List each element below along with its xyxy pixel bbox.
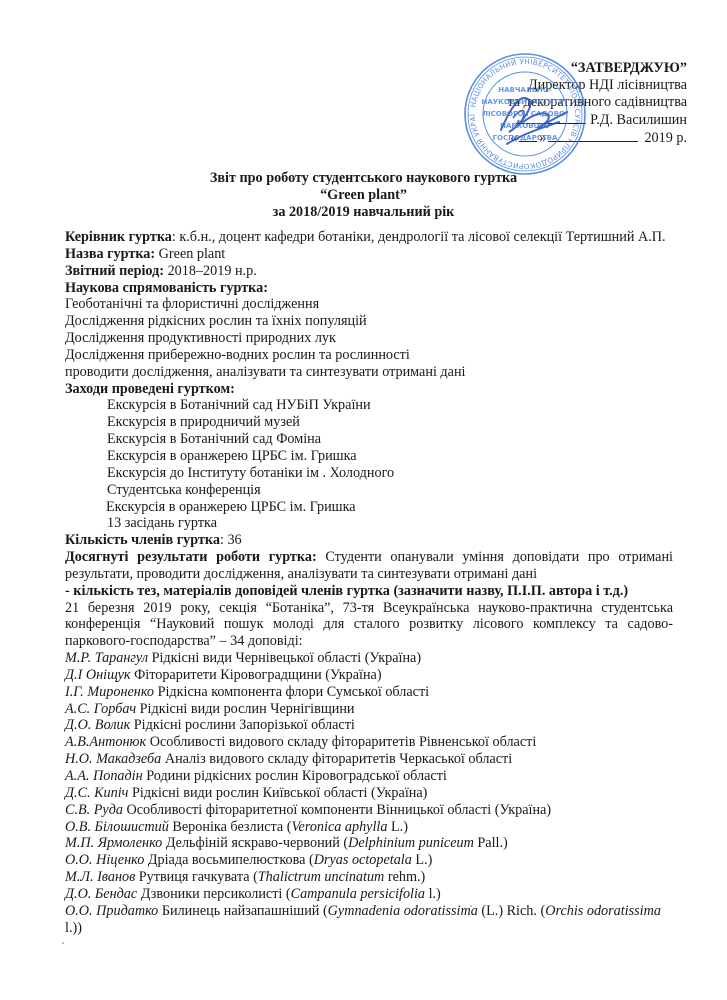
report-title: Рідкісна компонента флори Сумської облас… xyxy=(154,684,429,700)
scan-speck xyxy=(62,942,64,944)
date-quote-close: » xyxy=(539,130,546,146)
report-title: Дріада восьмипелюсткова ( xyxy=(144,852,313,868)
report-title: Особливості видового складу фітораритеті… xyxy=(146,734,536,750)
members-label: Кількість членів гуртка xyxy=(65,532,220,548)
report-item: О.В. Білошистий Вероніка безлиста (Veron… xyxy=(65,819,673,836)
period-label: Звітний період: xyxy=(65,263,164,279)
report-title: Звіт про роботу студентського наукового … xyxy=(0,170,727,221)
period-value: 2018–2019 н.р. xyxy=(164,263,257,279)
members-value: : 36 xyxy=(220,532,242,548)
report-author: Д.О. Волик xyxy=(65,717,130,733)
report-item: А.А. Попадін Родини рідкісних рослин Кір… xyxy=(65,768,673,785)
event-item: 13 засідань гуртка xyxy=(65,515,673,532)
report-latin-name: Gymnadenia odoratissima xyxy=(328,903,478,919)
report-title: Рідкісні види рослин Чернігівщини xyxy=(136,701,354,717)
report-author: Д.О. Бендас xyxy=(65,886,137,902)
day-line xyxy=(519,129,537,142)
report-item: М.Р. Тарангул Рідкісні види Чернівецької… xyxy=(65,650,673,667)
period-row: Звітний період: 2018–2019 н.р. xyxy=(65,263,673,280)
report-title: Особливості фітораритетної компоненти Ві… xyxy=(123,802,551,818)
report-title: Фітораритети Кіровоградщини (Україна) xyxy=(131,667,382,683)
event-item: Екскурсія до Інституту ботаніки ім . Хол… xyxy=(65,465,673,482)
report-title-tail: Pall.) xyxy=(474,835,508,851)
report-item: О.О. Придатко Билинець найзапашніший (Gy… xyxy=(65,903,673,920)
report-item: С.В. Руда Особливості фітораритетної ком… xyxy=(65,802,673,819)
name-value: Green plant xyxy=(155,246,225,262)
report-title-tail: l.) xyxy=(425,886,441,902)
report-item: Д.О. Волик Рідкісні рослини Запорізької … xyxy=(65,717,673,734)
report-item: А.В.Антонюк Особливості видового складу … xyxy=(65,734,673,751)
reports-list: М.Р. Тарангул Рідкісні види Чернівецької… xyxy=(65,650,673,936)
approval-position-2: та декоративного садівництва xyxy=(507,94,687,111)
direction-item: Дослідження прибережно-водних рослин та … xyxy=(65,347,673,364)
direction-item: Дослідження продуктивності природних лук xyxy=(65,330,673,347)
report-title: Рідкісні рослини Запорізької області xyxy=(130,717,355,733)
event-item: Екскурсія в Ботанічний сад НУБіП України xyxy=(65,397,673,414)
event-item: Екскурсія в Ботанічний сад Фоміна xyxy=(65,431,673,448)
title-line-1: Звіт про роботу студентського наукового … xyxy=(0,170,727,187)
report-item: Д.І Оніщук Фітораритети Кіровоградщини (… xyxy=(65,667,673,684)
report-latin-name: Thalictrum uncinatum xyxy=(258,869,385,885)
event-item: Екскурсія в природничий музей xyxy=(65,414,673,431)
report-title: Вероніка безлиста ( xyxy=(169,819,292,835)
report-title-tail: L.) xyxy=(412,852,433,868)
leader-row: Керівник гуртка: к.б.н., доцент кафедри … xyxy=(65,229,673,246)
name-row: Назва гуртка: Green plant xyxy=(65,246,673,263)
results-paragraph: Досягнуті результати роботи гуртка: Студ… xyxy=(65,549,673,583)
report-item: Н.О. Макадзеба Аналіз видового складу фі… xyxy=(65,751,673,768)
report-item: М.П. Ярмоленко Дельфіній яскраво-червони… xyxy=(65,835,673,852)
report-item: О.О. Ніценко Дріада восьмипелюсткова (Dr… xyxy=(65,852,673,869)
report-item-continuation: l.)) xyxy=(65,920,673,937)
theses-heading: - кількість тез, матеріалів доповідей чл… xyxy=(65,583,673,600)
report-author: Д.С. Кипіч xyxy=(65,785,128,801)
report-title: Билинець найзапашніший ( xyxy=(158,903,327,919)
report-title: Аналіз видового складу фітораритетів Чер… xyxy=(161,751,512,767)
name-label: Назва гуртка: xyxy=(65,246,155,262)
report-latin-synonym: Orchis odoratissima xyxy=(545,903,661,919)
report-title-tail: (L.) Rich. ( xyxy=(478,903,545,919)
report-title: Рідкісні види рослин Київської області (… xyxy=(128,785,427,801)
report-title: Дельфіній яскраво-червоний ( xyxy=(162,835,348,851)
report-item: І.Г. Мироненко Рідкісна компонента флори… xyxy=(65,684,673,701)
report-item: Д.С. Кипіч Рідкісні види рослин Київсько… xyxy=(65,785,673,802)
report-author: І.Г. Мироненко xyxy=(65,684,154,700)
direction-label: Наукова спрямованість гуртка: xyxy=(65,280,673,297)
report-body: Керівник гуртка: к.б.н., доцент кафедри … xyxy=(65,229,673,936)
report-latin-name: Campanula persicifolia xyxy=(291,886,425,902)
report-author: А.А. Попадін xyxy=(65,768,143,784)
approval-signatory: Р.Д. Василишин xyxy=(507,111,687,129)
direction-item: проводити дослідження, аналізувати та си… xyxy=(65,364,673,381)
report-author: А.С. Горбач xyxy=(65,701,136,717)
report-title-tail: L.) xyxy=(387,819,408,835)
report-title: Рідкісні види Чернівецької області (Укра… xyxy=(148,650,421,666)
signatory-name: Р.Д. Василишин xyxy=(590,112,687,128)
event-item: Студентська конференція xyxy=(65,482,673,499)
approval-heading: “ЗАТВЕРДЖУЮ” xyxy=(507,60,687,77)
report-author: М.Р. Тарангул xyxy=(65,650,148,666)
report-author: М.П. Ярмоленко xyxy=(65,835,162,851)
members-row: Кількість членів гуртка: 36 xyxy=(65,532,673,549)
events-label: Заходи проведені гуртком: xyxy=(65,381,673,398)
report-latin-name: Delphinium puniceum xyxy=(348,835,474,851)
report-item: М.Л. Іванов Рутвиця гачкувата (Thalictru… xyxy=(65,869,673,886)
report-author: Н.О. Макадзеба xyxy=(65,751,161,767)
month-line xyxy=(548,129,638,142)
approval-date: «»2019 р. xyxy=(507,129,687,147)
report-author: О.О. Придатко xyxy=(65,903,158,919)
approval-year: 2019 р. xyxy=(644,130,687,146)
report-title: Родини рідкісних рослин Кіровоградської … xyxy=(143,768,447,784)
event-item: Екскурсія в оранжерею ЦРБС ім. Гришка xyxy=(65,448,673,465)
signature-line xyxy=(516,111,586,124)
results-label: Досягнуті результати роботи гуртка: xyxy=(65,549,317,565)
approval-block: “ЗАТВЕРДЖУЮ” Директор НДІ лісівництва та… xyxy=(507,60,687,147)
conference-paragraph: 21 березня 2019 року, секція “Ботаніка”,… xyxy=(65,600,673,651)
report-author: О.В. Білошистий xyxy=(65,819,169,835)
report-title: Дзвоники персиколисті ( xyxy=(137,886,290,902)
date-quote-open: « xyxy=(510,130,517,146)
report-author: О.О. Ніценко xyxy=(65,852,144,868)
direction-item: Дослідження рідкісних рослин та їхніх по… xyxy=(65,313,673,330)
report-title-tail: rehm.) xyxy=(384,869,425,885)
scan-speck xyxy=(470,905,472,907)
leader-value: : к.б.н., доцент кафедри ботаніки, дендр… xyxy=(172,229,666,245)
report-latin-name: Dryas octopetala xyxy=(314,852,412,868)
report-author: А.В.Антонюк xyxy=(65,734,146,750)
report-author: Д.І Оніщук xyxy=(65,667,131,683)
report-latin-name: Veronica aphylla xyxy=(291,819,387,835)
title-line-3: за 2018/2019 навчальний рік xyxy=(0,204,727,221)
approval-position-1: Директор НДІ лісівництва xyxy=(507,77,687,94)
title-line-2: “Green plant” xyxy=(0,187,727,204)
report-item: А.С. Горбач Рідкісні види рослин Чернігі… xyxy=(65,701,673,718)
report-author: С.В. Руда xyxy=(65,802,123,818)
event-item: Екскурсія в оранжерею ЦРБС ім. Гришка xyxy=(65,499,673,516)
leader-label: Керівник гуртка xyxy=(65,229,172,245)
direction-item: Геоботанічні та флористичні дослідження xyxy=(65,296,673,313)
report-title: Рутвиця гачкувата ( xyxy=(135,869,258,885)
report-author: М.Л. Іванов xyxy=(65,869,135,885)
report-item: Д.О. Бендас Дзвоники персиколисті (Campa… xyxy=(65,886,673,903)
